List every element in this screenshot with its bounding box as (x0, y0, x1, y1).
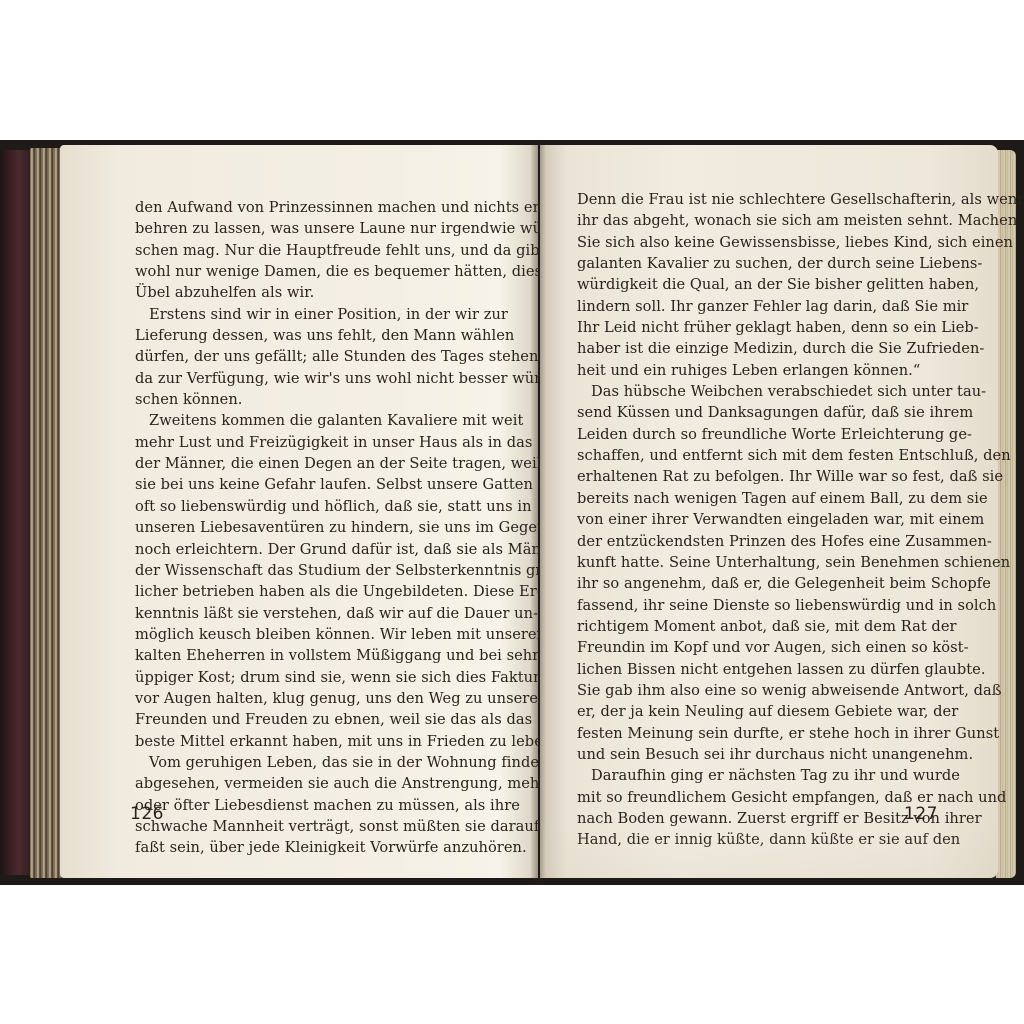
text-line: Übel abzuhelfen als wir. (135, 282, 497, 303)
text-line: wohl nur wenige Damen, die es bequemer h… (135, 261, 497, 282)
page-edges-right (996, 150, 1016, 878)
text-line: ihr so angenehm, daß er, die Gelegenheit… (577, 573, 939, 594)
text-line: schen mag. Nur die Hauptfreude fehlt uns… (135, 240, 497, 261)
text-line: unseren Liebesaventüren zu hindern, sie … (135, 517, 497, 538)
text-line: lindern soll. Ihr ganzer Fehler lag dari… (577, 296, 939, 317)
text-line: Erstens sind wir in einer Position, in d… (135, 304, 497, 325)
text-line: Ihr Leid nicht früher geklagt haben, den… (577, 317, 939, 338)
book-gutter (530, 140, 546, 885)
text-line: kalten Eheherren in vollstem Müßiggang u… (135, 645, 497, 666)
text-line: festen Meinung sein durfte, er stehe hoc… (577, 723, 939, 744)
text-line: licher betrieben haben als die Ungebilde… (135, 581, 497, 602)
right-page-text: Denn die Frau ist nie schlechtere Gesell… (577, 189, 939, 851)
text-line: fassend, ihr seine Dienste so liebenswür… (577, 595, 939, 616)
text-line: bereits nach wenigen Tagen auf einem Bal… (577, 488, 939, 509)
text-line: Freunden und Freuden zu ebnen, weil sie … (135, 709, 497, 730)
text-line: behren zu lassen, was unsere Laune nur i… (135, 218, 497, 239)
text-line: Sie sich also keine Gewissensbisse, lieb… (577, 232, 939, 253)
text-line: Daraufhin ging er nächsten Tag zu ihr un… (577, 765, 939, 786)
text-line: beste Mittel erkannt haben, mit uns in F… (135, 731, 497, 752)
text-line: mehr Lust und Freizügigkeit in unser Hau… (135, 432, 497, 453)
text-line: möglich keusch bleiben können. Wir leben… (135, 624, 497, 645)
text-line: der entzückendsten Prinzen des Hofes ein… (577, 531, 939, 552)
text-line: mit so freundlichem Gesicht empfangen, d… (577, 787, 939, 808)
text-line: heit und ein ruhiges Leben erlangen könn… (577, 360, 939, 381)
text-line: noch erleichtern. Der Grund dafür ist, d… (135, 539, 497, 560)
text-line: ihr das abgeht, wonach sie sich am meist… (577, 210, 939, 231)
text-line: haber ist die einzige Medizin, durch die… (577, 338, 939, 359)
text-line: lichen Bissen nicht entgehen lassen zu d… (577, 659, 939, 680)
page-edges-left (30, 148, 62, 878)
text-line: vor Augen halten, klug genug, uns den We… (135, 688, 497, 709)
text-line: von einer ihrer Verwandten eingeladen wa… (577, 509, 939, 530)
right-page: Denn die Frau ist nie schlechtere Gesell… (540, 145, 998, 878)
text-line: oft so liebenswürdig und höflich, daß si… (135, 496, 497, 517)
text-line: kunft hatte. Seine Unterhaltung, sein Be… (577, 552, 939, 573)
text-line: Denn die Frau ist nie schlechtere Gesell… (577, 189, 939, 210)
text-line: oder öfter Liebesdienst machen zu müssen… (135, 795, 497, 816)
text-line: kenntnis läßt sie verstehen, daß wir auf… (135, 603, 497, 624)
text-line: Vom geruhigen Leben, das sie in der Wohn… (135, 752, 497, 773)
text-line: Freundin im Kopf und vor Augen, sich ein… (577, 637, 939, 658)
text-line: faßt sein, über jede Kleinigkeit Vorwürf… (135, 837, 497, 858)
left-page-text: den Aufwand von Prinzessinnen machen und… (135, 197, 497, 859)
text-line: abgesehen, vermeiden sie auch die Anstre… (135, 773, 497, 794)
text-line: schaffen, und entfernt sich mit dem fest… (577, 445, 939, 466)
text-line: send Küssen und Danksagungen dafür, daß … (577, 402, 939, 423)
text-line: Sie gab ihm also eine so wenig abweisend… (577, 680, 939, 701)
text-line: würdigkeit die Qual, an der Sie bisher g… (577, 274, 939, 295)
left-page: den Aufwand von Prinzessinnen machen und… (60, 145, 538, 878)
text-line: Lieferung dessen, was uns fehlt, den Man… (135, 325, 497, 346)
text-line: schen können. (135, 389, 497, 410)
text-line: da zur Verfügung, wie wir's uns wohl nic… (135, 368, 497, 389)
text-line: galanten Kavalier zu suchen, der durch s… (577, 253, 939, 274)
text-line: Das hübsche Weibchen verabschiedet sich … (577, 381, 939, 402)
book-cover-edge (0, 150, 34, 875)
text-line: und sein Besuch sei ihr durchaus nicht u… (577, 744, 939, 765)
left-page-number: 126 (130, 804, 164, 824)
text-line: schwache Mannheit verträgt, sonst müßten… (135, 816, 497, 837)
text-line: er, der ja kein Neuling auf diesem Gebie… (577, 701, 939, 722)
text-line: üppiger Kost; drum sind sie, wenn sie si… (135, 667, 497, 688)
text-line: richtigem Moment anbot, daß sie, mit dem… (577, 616, 939, 637)
text-line: sie bei uns keine Gefahr laufen. Selbst … (135, 474, 497, 495)
text-line: dürfen, der uns gefällt; alle Stunden de… (135, 346, 497, 367)
text-line: den Aufwand von Prinzessinnen machen und… (135, 197, 497, 218)
text-line: erhaltenen Rat zu befolgen. Ihr Wille wa… (577, 466, 939, 487)
text-line: Leiden durch so freundliche Worte Erleic… (577, 424, 939, 445)
page-shadow (540, 820, 998, 878)
text-line: der Männer, die einen Degen an der Seite… (135, 453, 497, 474)
text-line: Zweitens kommen die galanten Kavaliere m… (135, 410, 497, 431)
text-line: der Wissenschaft das Studium der Selbste… (135, 560, 497, 581)
